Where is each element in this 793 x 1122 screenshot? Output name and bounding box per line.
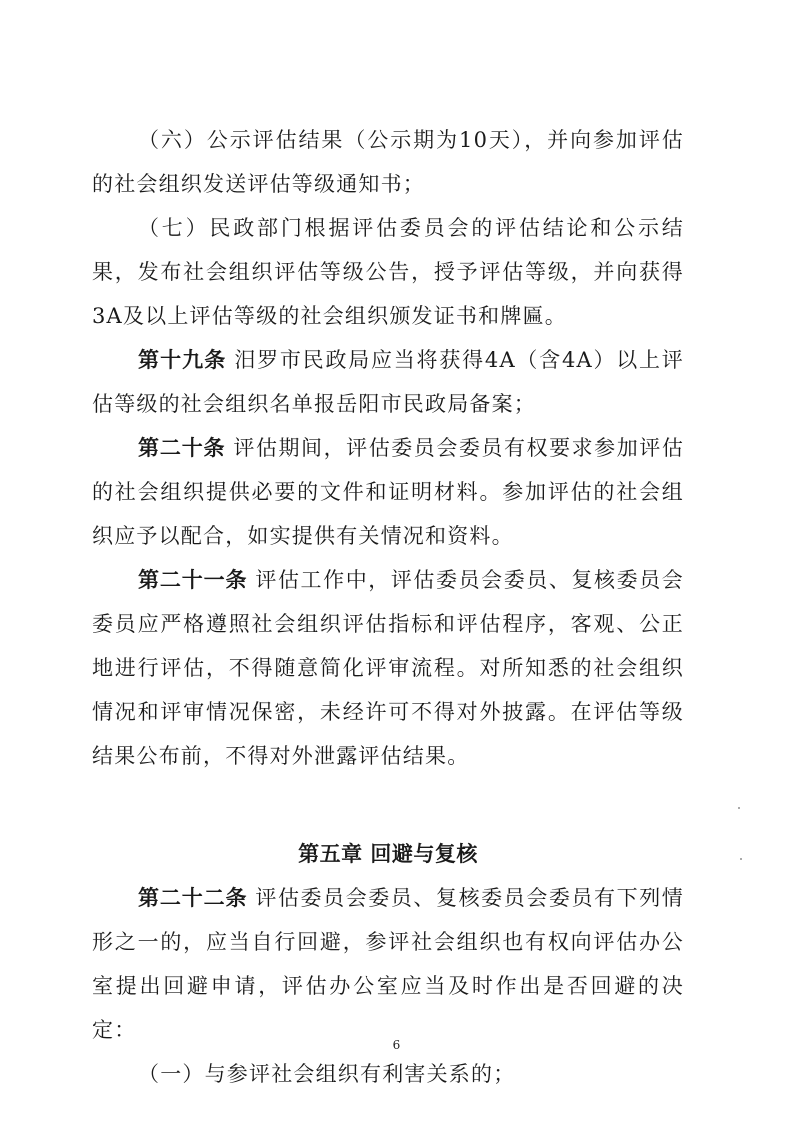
article-19: 第十九条汨罗市民政局应当将获得4A（含4A）以上评估等级的社会组织名单报岳阳市民… — [92, 338, 684, 426]
paragraph-text: （七）民政部门根据评估委员会的评估结论和公示结果，发布社会组织评估等级公告，授予… — [92, 216, 684, 328]
paragraph-item-6: （六）公示评估结果（公示期为10天），并向参加评估的社会组织发送评估等级通知书； — [92, 118, 684, 206]
page-number: 6 — [0, 1038, 793, 1052]
article-20: 第二十条评估期间，评估委员会委员有权要求参加评估的社会组织提供必要的文件和证明材… — [92, 426, 684, 558]
article-label: 第二十二条 — [138, 886, 247, 910]
scan-speck — [738, 807, 740, 809]
paragraph-text: （六）公示评估结果（公示期为10天），并向参加评估的社会组织发送评估等级通知书； — [92, 128, 684, 196]
article-label: 第二十条 — [138, 436, 225, 460]
paragraph-text: （一）与参评社会组织有利害关系的； — [138, 1062, 515, 1086]
chapter-heading: 第五章 回避与复核 — [92, 832, 684, 876]
section-spacer — [92, 778, 684, 822]
article-label: 第十九条 — [138, 348, 226, 372]
scan-speck — [740, 858, 742, 860]
article-22: 第二十二条评估委员会委员、复核委员会委员有下列情形之一的，应当自行回避，参评社会… — [92, 876, 684, 1052]
paragraph-text: 评估工作中，评估委员会委员、复核委员会委员应严格遵照社会组织评估指标和评估程序，… — [92, 568, 684, 768]
paragraph-item-7: （七）民政部门根据评估委员会的评估结论和公示结果，发布社会组织评估等级公告，授予… — [92, 206, 684, 338]
document-body: （六）公示评估结果（公示期为10天），并向参加评估的社会组织发送评估等级通知书；… — [92, 118, 684, 1096]
article-21: 第二十一条评估工作中，评估委员会委员、复核委员会委员应严格遵照社会组织评估指标和… — [92, 558, 684, 778]
article-label: 第二十一条 — [138, 568, 247, 592]
scan-speck — [103, 541, 105, 543]
paragraph-item-1: （一）与参评社会组织有利害关系的； — [92, 1052, 684, 1096]
